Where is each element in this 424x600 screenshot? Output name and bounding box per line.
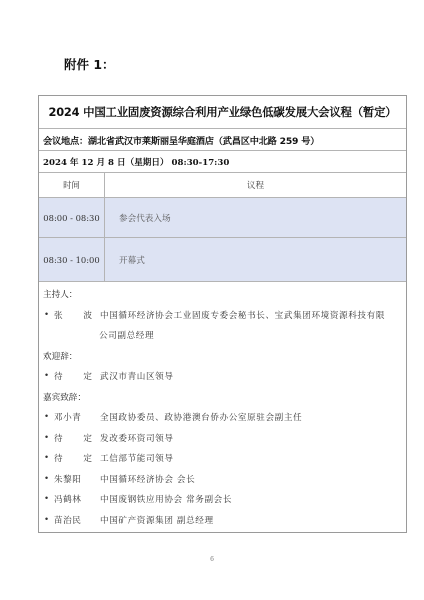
list-item: • 苗治民 中国矿产资源集团 副总经理 bbox=[43, 510, 406, 531]
person-title: 中国循环经济协会 会长 bbox=[100, 473, 195, 485]
person-name: 邓小青 bbox=[54, 411, 100, 423]
column-header-time: 时间 bbox=[39, 173, 105, 197]
list-item: • 邓小青 全国政协委员、政协港澳台侨办公室原驻会副主任 bbox=[43, 407, 406, 428]
bullet-icon: • bbox=[43, 494, 54, 504]
list-item: • 待 定 工信部节能司领导 bbox=[43, 448, 406, 469]
section-heading-welcome: 欢迎辞： bbox=[43, 346, 406, 367]
row-item: 参会代表入场 bbox=[105, 198, 406, 237]
person-name: 朱黎阳 bbox=[54, 473, 100, 485]
row-time: 08:30 - 10:00 bbox=[39, 238, 105, 281]
section-heading-host: 主持人： bbox=[43, 284, 406, 305]
list-item: • 待 定 武汉市青山区领导 bbox=[43, 366, 406, 387]
table-header: 时间 议程 bbox=[39, 173, 406, 198]
person-title: 中国矿产资源集团 副总经理 bbox=[100, 514, 214, 526]
person-title: 全国政协委员、政协港澳台侨办公室原驻会副主任 bbox=[100, 411, 302, 423]
date-line: 2024 年 12 月 8 日（星期日） 08:30-17:30 bbox=[39, 151, 406, 173]
person-name: 待 定 bbox=[54, 452, 100, 464]
list-item: • 张 波 中国循环经济协会工业固废专委会秘书长、宝武集团环境资源科技有限 bbox=[43, 305, 406, 326]
venue-line: 会议地点：湖北省武汉市莱斯丽呈华庭酒店（武昌区中北路 259 号） bbox=[39, 129, 406, 151]
bullet-icon: • bbox=[43, 433, 54, 443]
list-item: • 待 定 发改委环资司领导 bbox=[43, 428, 406, 449]
bullet-icon: • bbox=[43, 412, 54, 422]
table-row: 08:30 - 10:00 开幕式 bbox=[39, 238, 406, 282]
row-item: 开幕式 bbox=[105, 238, 406, 281]
bullet-icon: • bbox=[43, 371, 54, 381]
list-item-continuation: 公司副总经理 bbox=[43, 325, 406, 346]
person-name: 待 定 bbox=[54, 432, 100, 444]
page-number: 6 bbox=[0, 556, 424, 563]
row-time: 08:00 - 08:30 bbox=[39, 198, 105, 237]
attachment-label: 附件 1： bbox=[64, 55, 115, 73]
person-title: 武汉市青山区领导 bbox=[100, 370, 174, 382]
person-name: 苗治民 bbox=[54, 514, 100, 526]
list-item: • 冯鹤林 中国废钢铁应用协会 常务副会长 bbox=[43, 489, 406, 510]
agenda-title: 2024 中国工业固废资源综合利用产业绿色低碳发展大会议程（暂定） bbox=[39, 96, 406, 129]
person-name: 冯鹤林 bbox=[54, 493, 100, 505]
list-item: • 朱黎阳 中国循环经济协会 会长 bbox=[43, 469, 406, 490]
bullet-icon: • bbox=[43, 310, 54, 320]
bullet-icon: • bbox=[43, 474, 54, 484]
table-row: 08:00 - 08:30 参会代表入场 bbox=[39, 198, 406, 238]
person-name: 待 定 bbox=[54, 370, 100, 382]
person-title-cont: 公司副总经理 bbox=[99, 329, 154, 341]
person-title: 中国废钢铁应用协会 常务副会长 bbox=[100, 493, 232, 505]
agenda-details: 主持人： • 张 波 中国循环经济协会工业固废专委会秘书长、宝武集团环境资源科技… bbox=[39, 284, 406, 530]
person-name: 张 波 bbox=[54, 309, 100, 321]
person-title: 工信部节能司领导 bbox=[100, 452, 174, 464]
bullet-icon: • bbox=[43, 515, 54, 525]
person-title: 发改委环资司领导 bbox=[100, 432, 174, 444]
section-heading-guest-speeches: 嘉宾致辞： bbox=[43, 387, 406, 408]
person-title: 中国循环经济协会工业固废专委会秘书长、宝武集团环境资源科技有限 bbox=[100, 309, 385, 321]
column-header-agenda: 议程 bbox=[105, 173, 406, 197]
bullet-icon: • bbox=[43, 453, 54, 463]
agenda-table: 2024 中国工业固废资源综合利用产业绿色低碳发展大会议程（暂定） 会议地点：湖… bbox=[38, 95, 407, 533]
